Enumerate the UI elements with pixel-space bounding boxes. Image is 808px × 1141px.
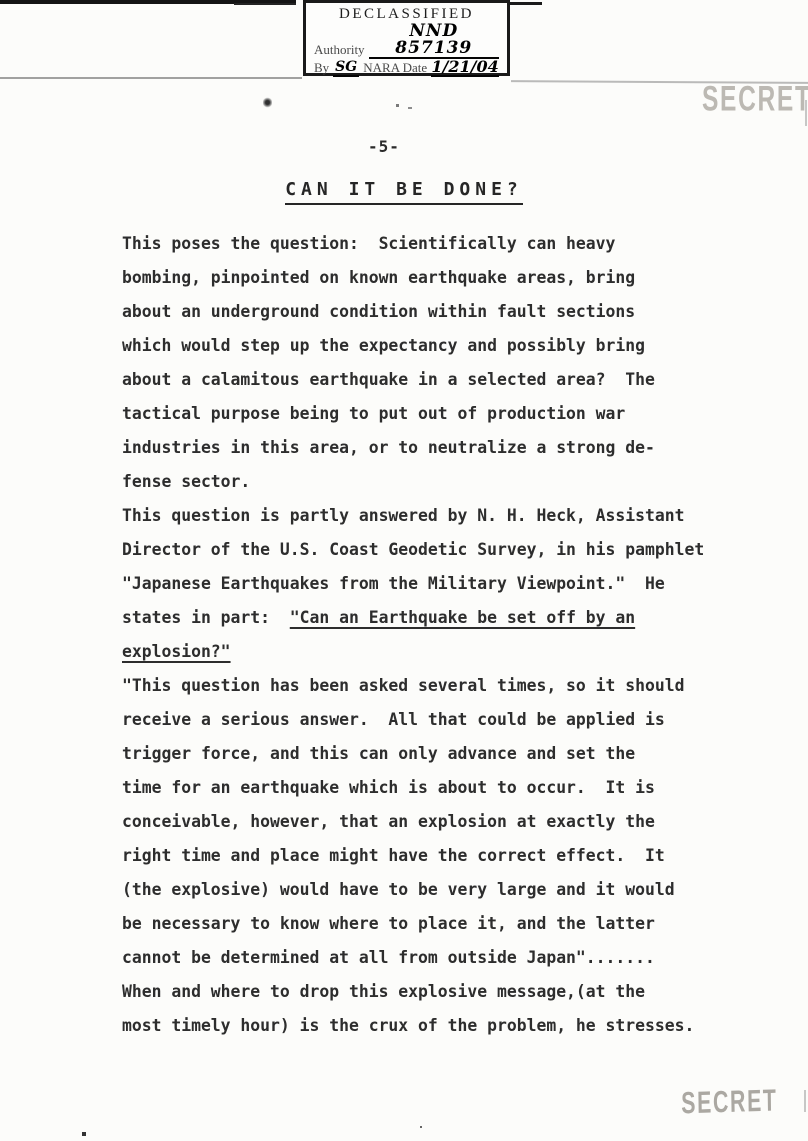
- scanned-document-page: DECLASSIFIED AuthorityNND 857139 BySGNAR…: [0, 0, 808, 1141]
- scan-artifact-top-streak: [508, 2, 542, 5]
- scan-speck: [408, 107, 412, 109]
- text-line: time for an earthquake which is about to…: [122, 771, 704, 805]
- by-handwritten-initials: SG: [333, 60, 359, 77]
- text-line: most timely hour) is the crux of the pro…: [122, 1009, 704, 1043]
- text-line: industries in this area, or to neutraliz…: [122, 431, 704, 465]
- text-line: right time and place might have the corr…: [122, 839, 704, 873]
- declassified-stamp-title: DECLASSIFIED: [314, 6, 499, 23]
- scan-artifact-edge-mark: [804, 1090, 806, 1112]
- text-line: bombing, pinpointed on known earthquake …: [122, 261, 704, 295]
- text-line: Director of the U.S. Coast Geodetic Surv…: [122, 533, 704, 567]
- text-line: This poses the question: Scientifically …: [122, 227, 704, 261]
- underlined-quote-heading: "Can an Earthquake be set off by an: [290, 608, 635, 627]
- text-line: about a calamitous earthquake in a selec…: [122, 363, 704, 397]
- text-line: tactical purpose being to put out of pro…: [122, 397, 704, 431]
- nara-date-label: NARA Date: [363, 60, 427, 77]
- text-line: This question is partly answered by N. H…: [122, 499, 704, 533]
- authority-handwritten-value: NND 857139: [369, 23, 499, 59]
- text-line: conceivable, however, that an explosion …: [122, 805, 704, 839]
- scan-artifact-top-streak: [234, 3, 296, 5]
- scan-speck: [263, 97, 272, 108]
- scan-artifact-horizontal-line: [0, 77, 302, 79]
- text-line: which would step up the expectancy and p…: [122, 329, 704, 363]
- text-line: (the explosive) would have to be very la…: [122, 873, 704, 907]
- document-body: This poses the question: Scientifically …: [122, 227, 704, 1043]
- scan-speck: [396, 104, 399, 107]
- secret-stamp-bottom: SECRET: [681, 1082, 778, 1121]
- text-line: trigger force, and this can only advance…: [122, 737, 704, 771]
- text-line: about an underground condition within fa…: [122, 295, 704, 329]
- page-number: -5-: [368, 137, 400, 156]
- declassification-stamp-box: DECLASSIFIED AuthorityNND 857139 BySGNAR…: [303, 0, 510, 76]
- by-label: By: [314, 60, 329, 77]
- text-segment: states in part:: [122, 608, 290, 627]
- text-line: explosion?": [122, 635, 704, 669]
- text-line: When and where to drop this explosive me…: [122, 975, 704, 1009]
- text-line: be necessary to know where to place it, …: [122, 907, 704, 941]
- secret-stamp-top: SECRET: [702, 80, 808, 120]
- text-line: cannot be determined at all from outside…: [122, 941, 704, 975]
- text-line: receive a serious answer. All that could…: [122, 703, 704, 737]
- scan-speck: [82, 1132, 86, 1136]
- scan-speck: [420, 1126, 422, 1128]
- page-title: CAN IT BE DONE?: [0, 179, 808, 200]
- text-line: "This question has been asked several ti…: [122, 669, 704, 703]
- page-title-text: CAN IT BE DONE?: [285, 179, 523, 205]
- authority-label: Authority: [314, 42, 365, 59]
- date-handwritten-value: 1/21/04: [431, 59, 499, 77]
- text-line: fense sector.: [122, 465, 704, 499]
- underlined-quote-heading: explosion?": [122, 642, 231, 661]
- text-line: states in part: "Can an Earthquake be se…: [122, 601, 704, 635]
- declass-authority-row: AuthorityNND 857139: [314, 23, 499, 59]
- text-line: "Japanese Earthquakes from the Military …: [122, 567, 704, 601]
- declass-by-date-row: BySGNARA Date1/21/04: [314, 59, 499, 77]
